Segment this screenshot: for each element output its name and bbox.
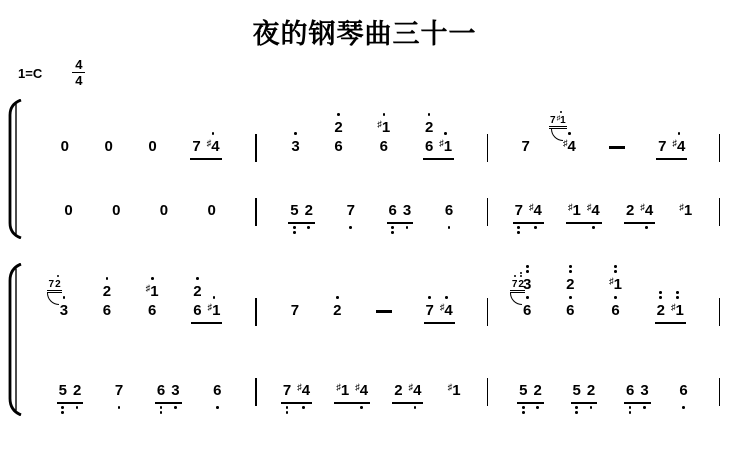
octave-dot bbox=[63, 296, 66, 299]
note-figure: 6 bbox=[566, 301, 574, 320]
note: 6 bbox=[154, 376, 168, 416]
note-figure: 0 bbox=[160, 201, 168, 220]
note-number: 7 bbox=[515, 202, 523, 219]
octave-down-dots bbox=[302, 404, 305, 411]
octave-dot bbox=[592, 226, 595, 229]
note-figure: 6 bbox=[445, 201, 453, 220]
beam-row: 2♯4 bbox=[391, 376, 424, 416]
chord: 26 bbox=[422, 99, 436, 172]
note-figure: 6 bbox=[213, 381, 221, 400]
beam-row: 7♯4 bbox=[280, 376, 313, 416]
octave-up-dots bbox=[428, 111, 431, 118]
sharp-icon: ♯ bbox=[679, 202, 684, 212]
note-number: 1 bbox=[382, 119, 390, 136]
chord-event: 26 bbox=[100, 263, 114, 336]
chord-upper-note: 2 bbox=[425, 111, 433, 137]
note: 3 bbox=[400, 196, 414, 236]
note-event: 3 bbox=[288, 99, 302, 172]
note-figure: ♯1 bbox=[448, 381, 461, 400]
beam-group: 52 bbox=[516, 376, 545, 416]
note-number: 1 bbox=[614, 276, 622, 293]
note: 7 bbox=[423, 263, 437, 336]
note-number: 7 bbox=[347, 202, 355, 219]
octave-down-dots bbox=[61, 404, 64, 416]
beam-group: ♯1♯4 bbox=[333, 376, 371, 416]
below-area bbox=[118, 404, 121, 416]
below-area bbox=[517, 224, 520, 236]
chord: 26 bbox=[100, 263, 114, 336]
note-number: 3 bbox=[60, 302, 68, 319]
note-number: 7 bbox=[291, 302, 299, 319]
beam-row: ♯1♯4 bbox=[565, 196, 603, 236]
note-figure: 7 bbox=[550, 115, 556, 126]
note: 7 bbox=[519, 99, 533, 172]
octave-up-dots bbox=[659, 289, 662, 301]
note: 6 bbox=[210, 376, 224, 416]
sharp-icon: ♯ bbox=[563, 138, 568, 148]
note-number: 1 bbox=[341, 382, 349, 399]
octave-dot bbox=[517, 226, 520, 229]
note-figure: 7 bbox=[192, 137, 200, 156]
note-figure: 7 bbox=[522, 137, 530, 156]
piece-title: 夜的钢琴曲三十一 bbox=[0, 12, 729, 51]
octave-up-dots bbox=[676, 289, 679, 301]
note-number: 2 bbox=[425, 119, 433, 136]
note-number: 6 bbox=[611, 302, 619, 319]
note-figure: 3 bbox=[403, 201, 411, 220]
note-figure: 0 bbox=[148, 137, 156, 156]
note-number: 7 bbox=[522, 138, 530, 155]
note-event: 6 bbox=[442, 196, 456, 236]
beam-underline bbox=[513, 222, 544, 224]
note-figure: 6 bbox=[334, 137, 342, 156]
note: ♯4 bbox=[204, 99, 223, 172]
chord-upper-note: ♯1 bbox=[609, 263, 622, 294]
note: ♯1 bbox=[676, 196, 695, 236]
note: ♯1 bbox=[445, 376, 464, 416]
octave-dot bbox=[560, 111, 562, 113]
beam-row: 2♯4 bbox=[623, 196, 656, 236]
beam-row: 63 bbox=[386, 196, 415, 236]
octave-down-dots bbox=[160, 404, 163, 416]
chord-upper-note: 2 bbox=[334, 111, 342, 137]
chord: ♯16 bbox=[143, 263, 162, 336]
octave-up-dots bbox=[568, 130, 571, 137]
octave-dot bbox=[213, 296, 216, 299]
grace-slur-icon bbox=[510, 293, 522, 305]
note-number: 2 bbox=[533, 382, 541, 399]
sharp-icon: ♯ bbox=[355, 382, 360, 392]
note: 2 bbox=[391, 376, 405, 416]
octave-dot bbox=[349, 226, 352, 229]
note-figure: 3 bbox=[291, 137, 299, 156]
octave-dot bbox=[645, 226, 648, 229]
note-event: ♯47♯1 bbox=[560, 99, 579, 172]
system-staves: 0007♯4326♯1626♯17♯47♯17♯400005276367♯4♯1… bbox=[25, 99, 720, 239]
grace-notes: 7♯1 bbox=[549, 109, 568, 130]
below-area bbox=[174, 404, 177, 416]
sharp-icon: ♯ bbox=[557, 115, 561, 122]
chord-event: ♯16 bbox=[143, 263, 162, 336]
note-number: 2 bbox=[657, 302, 665, 319]
note-event: 6 bbox=[210, 376, 224, 416]
above-area bbox=[659, 263, 662, 301]
sharp-icon: ♯ bbox=[587, 202, 592, 212]
note: 2 bbox=[330, 263, 344, 336]
beam-underline bbox=[387, 222, 414, 224]
below-area bbox=[645, 224, 648, 236]
octave-dot bbox=[526, 270, 529, 273]
note-number: 5 bbox=[59, 382, 67, 399]
beam-group: 7♯4 bbox=[423, 263, 456, 336]
chord-event: 26 bbox=[331, 99, 345, 172]
octave-up-dots bbox=[614, 263, 617, 275]
chord-event: ♯16 bbox=[374, 99, 393, 172]
note-event: ♯1 bbox=[676, 196, 695, 236]
octave-dot bbox=[391, 231, 394, 234]
note: ♯4 bbox=[294, 376, 313, 416]
above-area bbox=[63, 263, 66, 301]
note-figure: ♯1 bbox=[679, 201, 692, 220]
note: 7 bbox=[189, 99, 203, 172]
octave-dot bbox=[196, 277, 199, 280]
note-number: 6 bbox=[193, 302, 201, 319]
note-figure: 0 bbox=[64, 201, 72, 220]
note: ♯4 bbox=[437, 263, 456, 336]
octave-dot bbox=[569, 265, 572, 268]
note-number: 2 bbox=[626, 202, 634, 219]
note-figure: 7 bbox=[658, 137, 666, 156]
above-area: ♯1 bbox=[146, 263, 159, 301]
note: ♯1 bbox=[436, 99, 455, 172]
note-number: 0 bbox=[160, 202, 168, 219]
octave-dot bbox=[212, 132, 215, 135]
octave-down-dots bbox=[414, 404, 417, 411]
octave-up-dots bbox=[526, 263, 529, 275]
note-number: 5 bbox=[290, 202, 298, 219]
octave-dot bbox=[57, 275, 59, 277]
note-figure: ♯1 bbox=[609, 275, 622, 294]
grace-note: 2 bbox=[518, 273, 525, 290]
note-figure: ♯4 bbox=[207, 137, 220, 156]
note-number: 2 bbox=[587, 382, 595, 399]
above-area: ♯1 bbox=[377, 99, 390, 137]
sharp-icon: ♯ bbox=[439, 138, 444, 148]
below-area bbox=[629, 404, 632, 416]
octave-up-dots bbox=[336, 294, 339, 301]
octave-up-dots bbox=[526, 294, 529, 301]
above-area bbox=[294, 99, 297, 137]
octave-up-dots bbox=[614, 294, 617, 301]
note-number: 2 bbox=[333, 302, 341, 319]
beam-underline bbox=[423, 158, 454, 160]
beam-group: 7♯4 bbox=[280, 376, 313, 416]
note-figure: 3 bbox=[171, 381, 179, 400]
octave-dot bbox=[614, 296, 617, 299]
note-figure: 2 bbox=[425, 118, 433, 137]
note-number: 4 bbox=[444, 302, 452, 319]
note-figure: 2 bbox=[305, 201, 313, 220]
octave-dot bbox=[590, 406, 593, 409]
octave-dot bbox=[406, 226, 409, 229]
beam-row: 2♯1 bbox=[654, 263, 687, 336]
octave-dot bbox=[118, 406, 121, 409]
note-number: 7 bbox=[49, 279, 55, 290]
note-figure: ♯4 bbox=[409, 381, 422, 400]
grace-note: ♯1 bbox=[556, 109, 566, 126]
octave-dot bbox=[286, 406, 289, 409]
dash-wrap bbox=[376, 301, 392, 320]
note: 2 bbox=[70, 376, 84, 416]
octave-dot bbox=[568, 132, 571, 135]
octave-down-dots bbox=[391, 224, 394, 236]
beam-underline bbox=[155, 402, 182, 404]
note-number: 4 bbox=[645, 202, 653, 219]
note-figure: 6 bbox=[103, 301, 111, 320]
chord-upper-note: ♯1 bbox=[146, 275, 159, 301]
note: 7 bbox=[655, 99, 669, 172]
note-event: 372 bbox=[57, 263, 71, 336]
octave-up-dots bbox=[212, 130, 215, 137]
note-number: 1 bbox=[444, 138, 452, 155]
note-number: 2 bbox=[334, 119, 342, 136]
octave-dot bbox=[682, 406, 685, 409]
beam-underline bbox=[288, 222, 315, 224]
measure: 0007♯4 bbox=[25, 99, 255, 172]
note-number: 2 bbox=[73, 382, 81, 399]
note-figure: 5 bbox=[290, 201, 298, 220]
octave-up-dots bbox=[196, 275, 199, 282]
above-area bbox=[676, 263, 679, 301]
note-number: 2 bbox=[394, 382, 402, 399]
sharp-icon: ♯ bbox=[409, 382, 414, 392]
note-figure: ♯1 bbox=[336, 381, 349, 400]
octave-dot bbox=[383, 113, 386, 116]
note-number: 6 bbox=[157, 382, 165, 399]
note-number: 4 bbox=[302, 382, 310, 399]
octave-dot bbox=[160, 411, 163, 414]
beam-underline bbox=[655, 322, 686, 324]
note-figure: ♯4 bbox=[355, 381, 368, 400]
note-event: ♯1 bbox=[445, 376, 464, 416]
note-figure: 7 bbox=[512, 279, 518, 290]
octave-up-dots bbox=[106, 275, 109, 282]
octave-up-dots bbox=[383, 111, 386, 118]
octave-dot bbox=[106, 277, 109, 280]
octave-dot bbox=[448, 226, 451, 229]
note-event: 0 bbox=[145, 99, 159, 172]
octave-dot bbox=[614, 270, 617, 273]
note-figure: 2 bbox=[626, 201, 634, 220]
chord-upper-note: ♯1 bbox=[377, 111, 390, 137]
octave-dot bbox=[514, 275, 516, 277]
octave-dot bbox=[534, 226, 537, 229]
note-figure: 2 bbox=[103, 282, 111, 301]
note-figure: ♯1 bbox=[568, 201, 581, 220]
note-number: 0 bbox=[112, 202, 120, 219]
beam-group: 52 bbox=[287, 196, 316, 236]
chord-upper-note: 2 bbox=[193, 275, 201, 301]
above-area: 2 bbox=[425, 99, 433, 137]
note: ♯4 bbox=[637, 196, 656, 236]
below-area bbox=[682, 404, 685, 416]
time-signature-denominator: 4 bbox=[72, 72, 85, 88]
note-figure: 7 bbox=[347, 201, 355, 220]
octave-dot bbox=[428, 296, 431, 299]
note-figure: 3 bbox=[640, 381, 648, 400]
note-number: 2 bbox=[103, 283, 111, 300]
sharp-icon: ♯ bbox=[640, 202, 645, 212]
octave-dot bbox=[643, 406, 646, 409]
note-number: 1 bbox=[573, 202, 581, 219]
beam-row: 7♯4 bbox=[655, 99, 688, 172]
beam-group: 7♯4 bbox=[655, 99, 688, 172]
sustain-dash-event bbox=[373, 263, 395, 336]
octave-down-dots bbox=[643, 404, 646, 411]
octave-down-dots bbox=[286, 404, 289, 416]
note: 0 bbox=[145, 99, 159, 172]
beam-row: 7♯4 bbox=[512, 196, 545, 236]
bass-staff: 5276367♯4♯1♯42♯4♯15252636 bbox=[25, 376, 720, 416]
measure: 7♯4♯1♯42♯4♯1 bbox=[257, 376, 487, 416]
octave-dot bbox=[174, 406, 177, 409]
note-number: 4 bbox=[360, 382, 368, 399]
above-area: ♯1 bbox=[609, 263, 622, 301]
note: 5 bbox=[287, 196, 301, 236]
note: ♯4 bbox=[526, 196, 545, 236]
measure: 37226♯1626♯1 bbox=[25, 263, 255, 336]
beam-row: 26♯1 bbox=[190, 263, 223, 336]
octave-dot bbox=[629, 406, 632, 409]
barline bbox=[719, 134, 721, 162]
note-figure: ♯4 bbox=[640, 201, 653, 220]
melody-staff: 0007♯4326♯1626♯17♯47♯17♯4 bbox=[25, 99, 720, 172]
note: 0 bbox=[58, 99, 72, 172]
note-number: 2 bbox=[55, 279, 61, 290]
beam-group: 26♯1 bbox=[422, 99, 455, 172]
octave-dot bbox=[360, 406, 363, 409]
piano-system-bracket-icon bbox=[5, 263, 25, 416]
octave-dot bbox=[444, 132, 447, 135]
octave-dot bbox=[307, 226, 310, 229]
note-figure: 7 bbox=[283, 381, 291, 400]
octave-dot bbox=[61, 411, 64, 414]
note: 372 bbox=[57, 263, 71, 336]
time-signature: 4 4 bbox=[72, 57, 85, 88]
beam-underline bbox=[424, 322, 455, 324]
octave-dot bbox=[676, 296, 679, 299]
bass-staff: 00005276367♯4♯1♯42♯4♯1 bbox=[25, 196, 720, 236]
note-event: 0 bbox=[204, 196, 218, 236]
note-figure: 6 bbox=[425, 137, 433, 156]
note: 5 bbox=[516, 376, 530, 416]
chord: 26 bbox=[190, 263, 204, 336]
note-figure: ♯1 bbox=[557, 115, 566, 126]
octave-up-dots bbox=[520, 270, 522, 278]
note-figure: 7 bbox=[426, 301, 434, 320]
note-number: 4 bbox=[413, 382, 421, 399]
chord-event: 26 bbox=[563, 263, 577, 336]
grace-notes: 72 bbox=[47, 273, 62, 294]
below-area bbox=[293, 224, 296, 236]
beam-underline bbox=[571, 402, 598, 404]
chord-event: 3672 bbox=[520, 263, 534, 336]
note-figure: 5 bbox=[59, 381, 67, 400]
note-figure: 6 bbox=[148, 301, 156, 320]
beam-underline bbox=[281, 402, 312, 404]
note: 0 bbox=[102, 99, 116, 172]
octave-dot bbox=[536, 406, 539, 409]
octave-dot bbox=[428, 113, 431, 116]
note: 0 bbox=[157, 196, 171, 236]
note-event: 7 bbox=[112, 376, 126, 416]
note-number: 6 bbox=[380, 138, 388, 155]
note-event: 2 bbox=[330, 263, 344, 336]
chord-upper-note: 2 bbox=[103, 275, 111, 301]
sharp-icon: ♯ bbox=[297, 382, 302, 392]
note: 7 bbox=[288, 263, 302, 336]
chord: ♯16 bbox=[374, 99, 393, 172]
beam-group: 2♯4 bbox=[623, 196, 656, 236]
sharp-icon: ♯ bbox=[568, 202, 573, 212]
octave-up-dots bbox=[337, 111, 340, 118]
octave-dot bbox=[522, 406, 525, 409]
beam-underline bbox=[57, 402, 84, 404]
note: 0 bbox=[61, 196, 75, 236]
note-number: 1 bbox=[684, 202, 692, 219]
note-figure: 0 bbox=[207, 201, 215, 220]
above-area bbox=[678, 99, 681, 137]
octave-down-dots bbox=[216, 404, 219, 411]
octave-dot bbox=[526, 296, 529, 299]
above-area: 2 bbox=[566, 263, 574, 301]
octave-down-dots bbox=[174, 404, 177, 411]
note-figure: ♯1 bbox=[146, 282, 159, 301]
note: 5 bbox=[56, 376, 70, 416]
beam-group: 63 bbox=[623, 376, 652, 416]
sharp-icon: ♯ bbox=[336, 382, 341, 392]
note-figure: ♯4 bbox=[673, 137, 686, 156]
octave-dot bbox=[302, 406, 305, 409]
note-number: 5 bbox=[519, 382, 527, 399]
beam-row: 52 bbox=[56, 376, 85, 416]
octave-dot bbox=[659, 296, 662, 299]
note-figure: 6 bbox=[193, 301, 201, 320]
chord: 26 bbox=[563, 263, 577, 336]
below-area bbox=[448, 224, 451, 236]
chord-upper-note: 2 bbox=[566, 263, 574, 294]
octave-dot bbox=[517, 231, 520, 234]
sharp-icon: ♯ bbox=[377, 119, 382, 129]
key-signature: 1=C bbox=[18, 66, 42, 81]
note: 2 bbox=[530, 376, 544, 416]
note-number: 0 bbox=[61, 138, 69, 155]
sharp-icon: ♯ bbox=[609, 276, 614, 286]
note-number: 3 bbox=[640, 382, 648, 399]
beam-row: ♯1♯4 bbox=[333, 376, 371, 416]
note-figure: 2 bbox=[334, 118, 342, 137]
above-area bbox=[212, 99, 215, 137]
note-event: 0 bbox=[109, 196, 123, 236]
note-figure: 0 bbox=[61, 137, 69, 156]
below-area bbox=[643, 404, 646, 416]
beam-group: 63 bbox=[386, 196, 415, 236]
note: ♯1 bbox=[205, 263, 224, 336]
note-event: 6 bbox=[676, 376, 690, 416]
note-number: 1 bbox=[675, 302, 683, 319]
measure: 367226♯162♯1 bbox=[488, 263, 718, 336]
note-number: 6 bbox=[213, 382, 221, 399]
